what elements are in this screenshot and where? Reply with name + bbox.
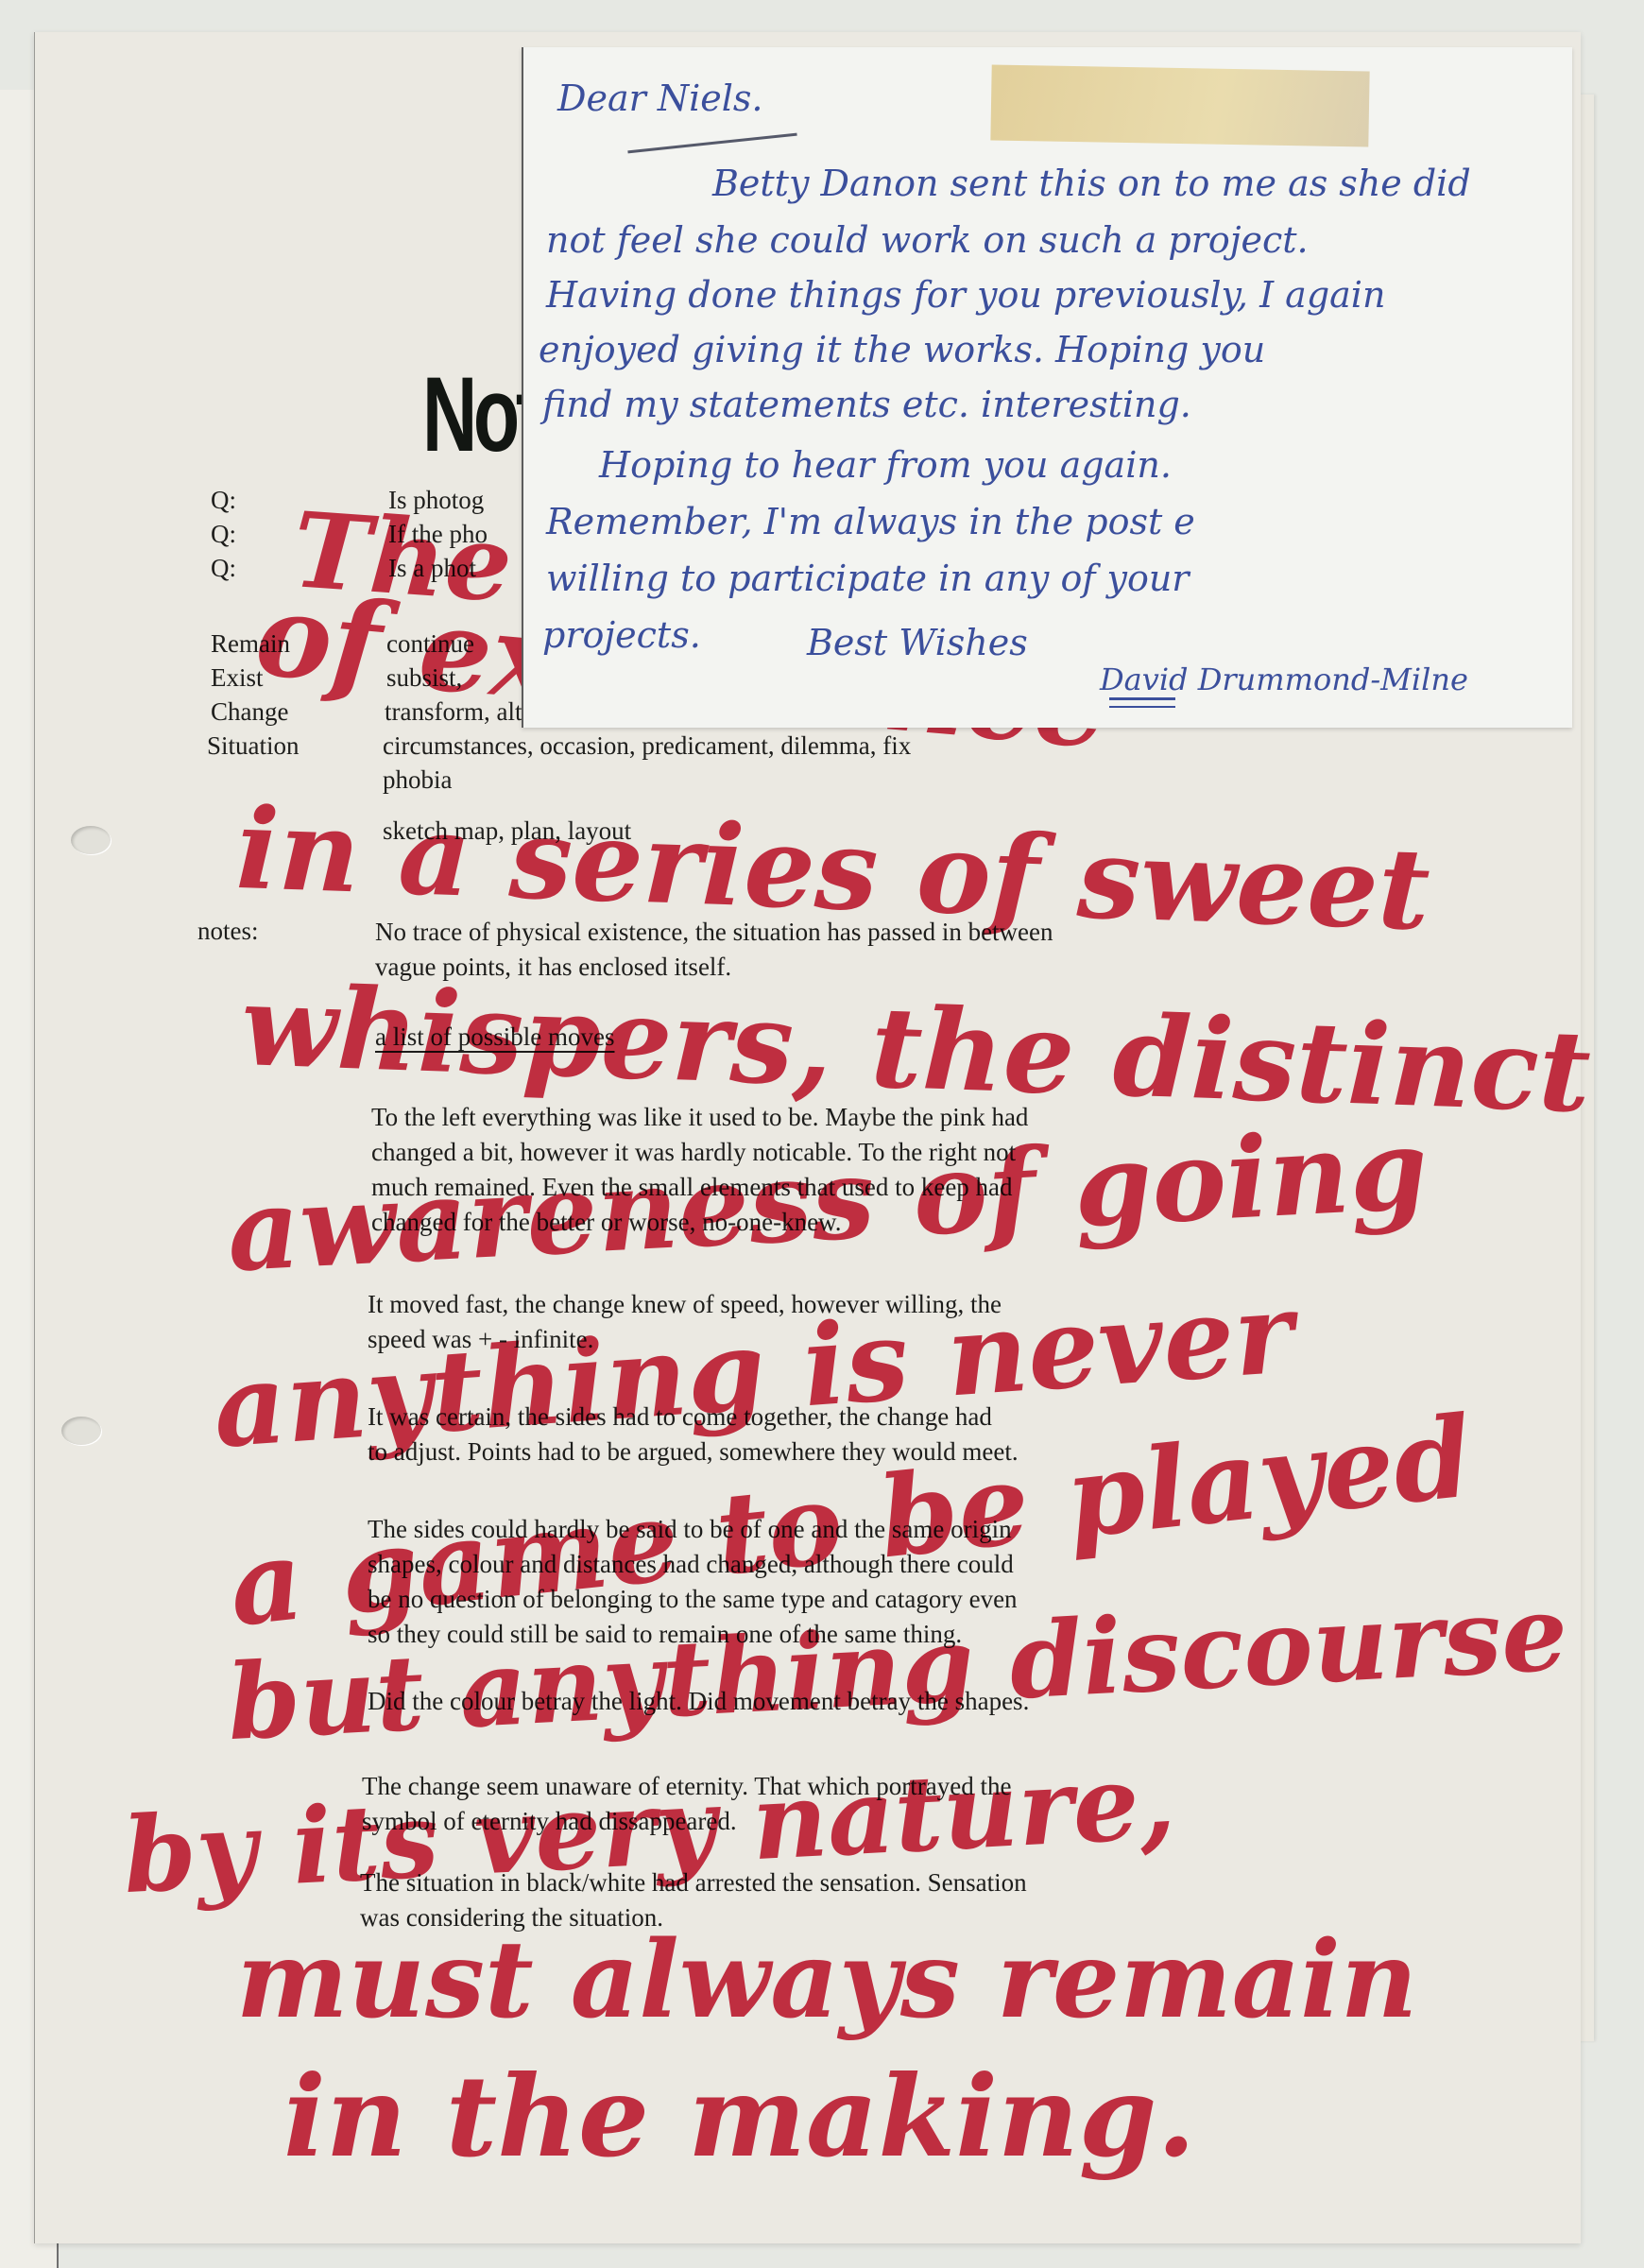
letter-line: Hoping to hear from you again. [599,444,1172,486]
red-handwriting-line: must always remain [236,1918,1417,2042]
punch-hole-bottom [61,1417,101,1445]
letter-signature: David Drummond-Milne [1100,661,1468,697]
greeting-underline [627,133,796,154]
letter-line: Betty Danon sent this on to me as she di… [712,163,1471,204]
question-label: Q: [211,484,236,516]
letter-line: Having done things for you previously, I… [546,274,1385,316]
letter-greeting: Dear Niels. [557,77,762,119]
punch-hole-top [71,826,111,854]
letter-line: enjoyed giving it the works. Hoping you [539,329,1265,370]
letter-line: projects. [542,614,701,656]
adhesive-tape [990,65,1369,147]
signature-underline [1109,697,1175,708]
letter-line: not feel she could work on such a projec… [546,219,1309,261]
question-label: Q: [211,518,236,550]
notes-label: notes: [197,915,259,947]
letter-line: Remember, I'm always in the post e [546,501,1195,542]
letter-line: willing to participate in any of your [546,558,1189,599]
handwritten-letter-card: Dear Niels. Betty Danon sent this on to … [522,47,1572,728]
letter-closing: Best Wishes [807,622,1028,663]
question-label: Q: [211,552,236,584]
glossary-term: Situation [207,730,300,762]
red-handwriting-line: in the making. [283,2051,1195,2182]
letter-line: find my statements etc. interesting. [542,384,1191,425]
